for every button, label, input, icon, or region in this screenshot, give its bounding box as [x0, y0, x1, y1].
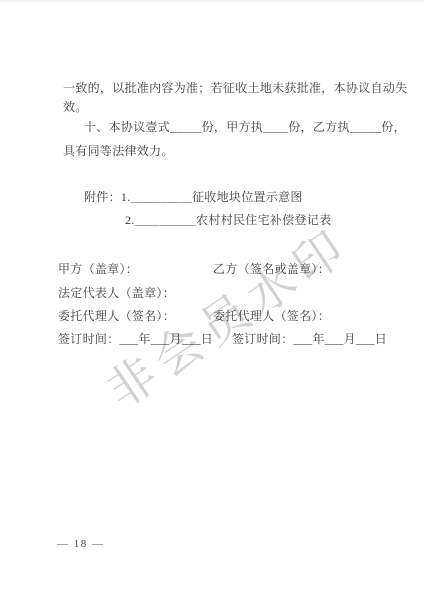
legal-representative-label: 法定代表人（盖章）： [58, 286, 175, 300]
sign-date-a-label: 签订时间：___年___月___日 [58, 332, 213, 346]
page-number: — 18 — [57, 537, 105, 551]
attachment-item-1: 附件：1.＿＿＿＿＿征收地块位置示意图 [84, 190, 303, 204]
paragraph-line: 一致的，以批准内容为准；若征收土地未获批准，本协议自动失 [63, 81, 407, 95]
scanned-document-page: 非会员水印 一致的，以批准内容为准；若征收土地未获批准，本协议自动失 效。 十、… [0, 0, 424, 600]
party-b-seal-label: 乙方（签名或盖章）： [213, 262, 330, 276]
scan-edge-artifact [0, 0, 424, 2]
sign-date-b-label: 签订时间：___年___月___日 [232, 332, 387, 346]
party-a-seal-label: 甲方（盖章）： [58, 262, 138, 276]
paragraph-line: 具有同等法律效力。 [63, 144, 174, 158]
agent-a-signature-label: 委托代理人（签名）： [58, 309, 175, 323]
attachment-item-2: 2.＿＿＿＿＿农村村民住宅补偿登记表 [125, 213, 331, 227]
paragraph-line: 效。 [63, 100, 88, 114]
agent-b-signature-label: 委托代理人（签名）： [213, 309, 330, 323]
clause-copies-line: 十、本协议壹式_____份，甲方执____份，乙方执_____份， [84, 120, 406, 134]
